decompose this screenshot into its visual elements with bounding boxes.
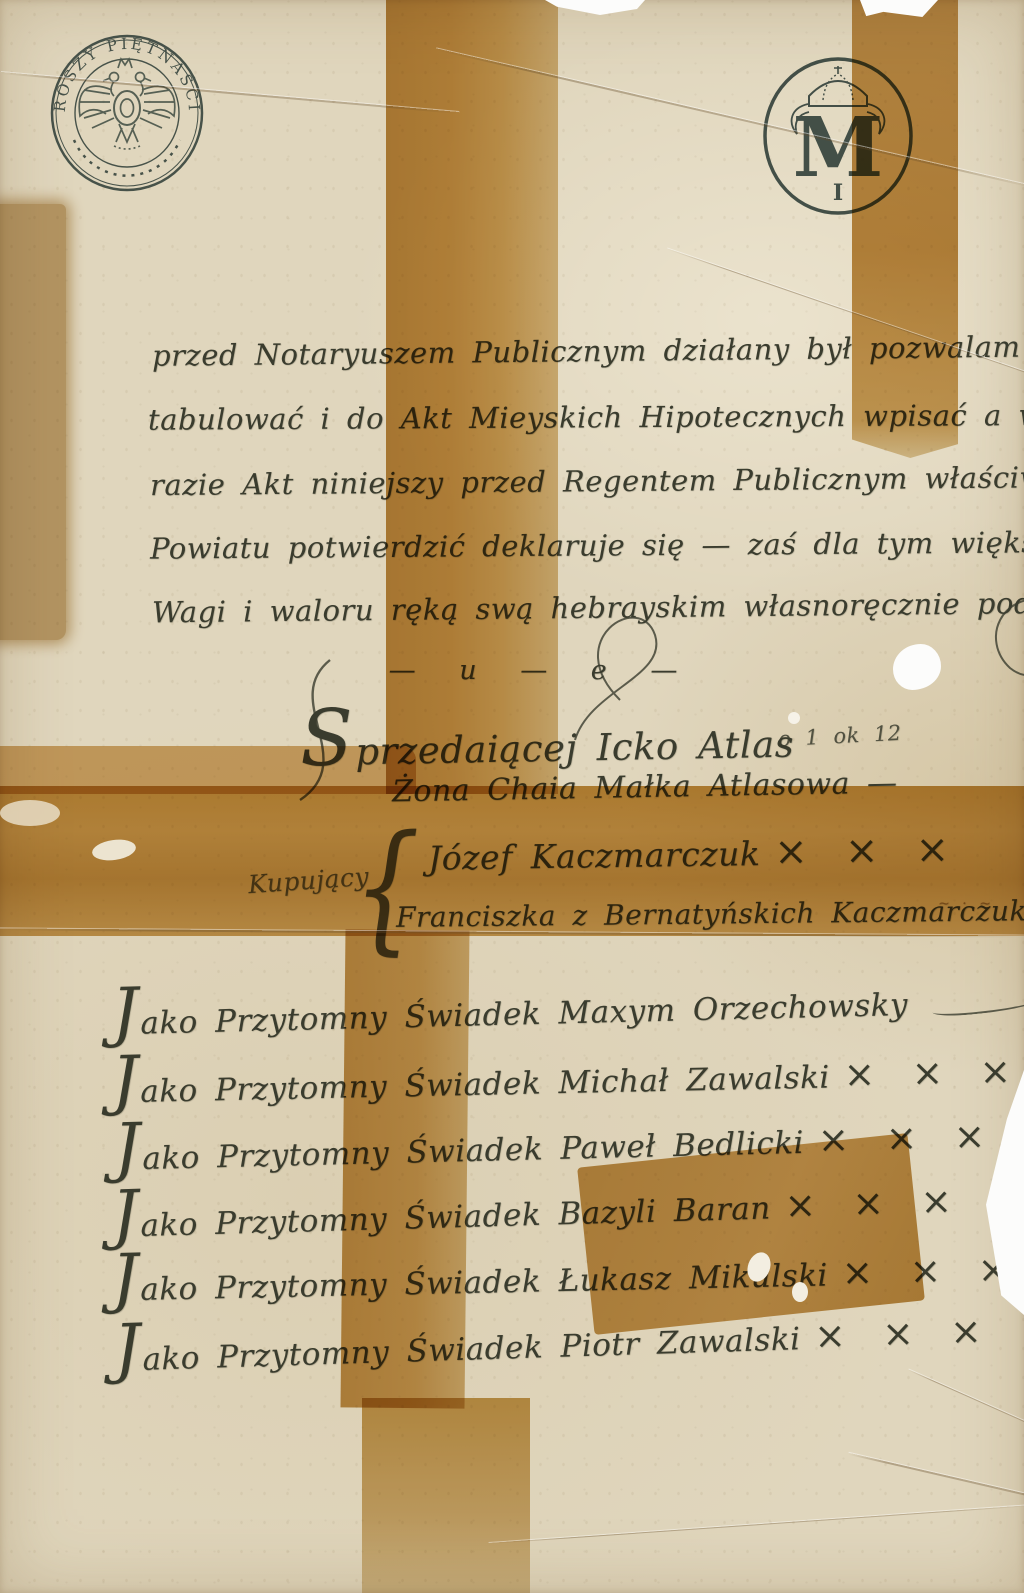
signature-crosses: × × × <box>841 1247 1018 1295</box>
witness-line: Jako Przytomny Świadek Maxym Orzechowsky <box>112 971 1024 1044</box>
witness-text: Jako Przytomny Świadek Łukasz Mikulski <box>112 1257 828 1308</box>
worn-spot <box>91 837 137 863</box>
buyer-line-1: Józef Kaczmarczuk× × × <box>428 826 959 879</box>
witness-text: Jako Przytomny Świadek Bazyli Baran <box>112 1190 771 1244</box>
buyers-brace: { <box>353 806 420 969</box>
signature-crosses: × × × <box>817 1113 994 1161</box>
signature-crosses: × × × <box>814 1308 991 1358</box>
witness-text: Jako Przytomny Świadek Paweł Bedlicki <box>114 1125 805 1178</box>
buyers-label: Kupujący <box>247 862 370 899</box>
crease <box>848 1453 1024 1513</box>
seller-line-1: Sprzedaiącej Icko Atlas <box>300 708 795 775</box>
seller-line-2: Żona Chaia Małka Atlasowa — <box>392 766 898 810</box>
scanned-notarial-document: GROSZY PIĘTNAŚCIE M I <box>0 0 1024 1593</box>
signature-crosses <box>921 980 922 1024</box>
witness-text: Jako Przytomny Świadek Michał Zawalski <box>112 1059 830 1110</box>
buyer-line-2: Franciszka z Bernatyńskich Kaczmarczukow… <box>396 888 1024 935</box>
witness-line: Jako Przytomny Świadek Łukasz Mikulski× … <box>112 1241 1019 1310</box>
underline-flourish <box>931 992 1024 1018</box>
witness-line: Jako Przytomny Świadek Bazyli Baran× × × <box>111 1172 961 1246</box>
witness-text: Jako Przytomny Świadek Maxym Orzechowsky <box>112 987 909 1042</box>
buyer-name: Franciszka z Bernatyńskich Kaczmarczukow… <box>396 894 1024 934</box>
worn-spot <box>0 800 60 826</box>
witness-line: Jako Przytomny Świadek Piotr Zawalski× ×… <box>113 1302 991 1380</box>
tape-bottom-fade <box>362 1398 530 1593</box>
witness-line: Jako Przytomny Świadek Michał Zawalski× … <box>112 1042 1021 1111</box>
crease <box>908 1369 1024 1447</box>
crease <box>489 1505 1024 1544</box>
buyer-name: Józef Kaczmarczuk <box>428 834 761 878</box>
signature-crosses: × × × <box>774 826 958 875</box>
signature-crosses: × × × <box>843 1048 1020 1096</box>
witness-line: Jako Przytomny Świadek Paweł Bedlicki× ×… <box>114 1107 995 1178</box>
signature-crosses: × × × <box>784 1178 961 1227</box>
witness-text: Jako Przytomny Świadek Piotr Zawalski <box>114 1321 801 1379</box>
flourish-divider: — u — e — <box>340 655 740 686</box>
